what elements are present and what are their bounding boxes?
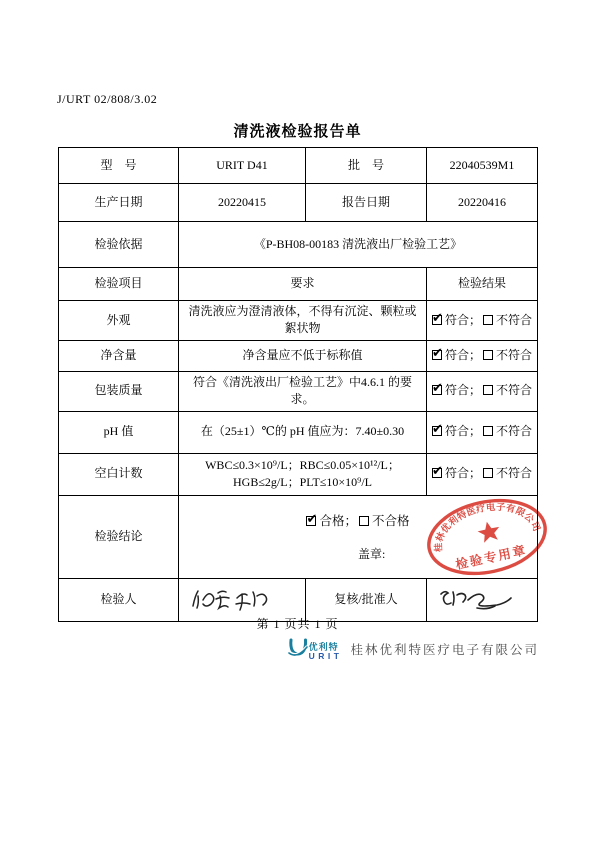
header-requirement-cell: 要求 [179, 268, 427, 301]
model-value-cell: URIT D41 [179, 148, 306, 184]
checkbox-checked-icon [306, 516, 316, 526]
fail-label: 不符合 [496, 348, 532, 362]
item-result-cell: 符合；不符合 [427, 411, 538, 453]
checkbox-empty-icon [483, 385, 493, 395]
urit-logo-icon [288, 638, 308, 660]
checkbox-empty-icon [483, 468, 493, 478]
table-header-row: 检验项目 要求 检验结果 [59, 268, 538, 301]
item-name-cell: pH 值 [59, 411, 179, 453]
result-separator: ； [469, 348, 481, 362]
page-title: 清洗液检验报告单 [0, 120, 595, 141]
item-result-cell: 符合；不符合 [427, 371, 538, 411]
item-name-cell: 外观 [59, 301, 179, 341]
table-row: 型 号 URIT D41 批 号 22040539M1 [59, 148, 538, 184]
reviewer-signature [433, 584, 519, 616]
basis-label-cell: 检验依据 [59, 222, 179, 268]
checkbox-checked-icon [432, 315, 442, 325]
logo-latin-text: URIT [309, 652, 343, 661]
fail-label: 不符合 [496, 466, 532, 480]
table-row: 外观 清洗液应为澄清液体，不得有沉淀、颗粒或絮状物 符合；不符合 [59, 301, 538, 341]
checkbox-empty-icon [483, 426, 493, 436]
batch-value-cell: 22040539M1 [427, 148, 538, 184]
item-result-cell: 符合；不符合 [427, 453, 538, 495]
fail-label: 不符合 [496, 383, 532, 397]
company-name: 桂林优利特医疗电子有限公司 [350, 640, 539, 658]
brand-footer: 优利特 URIT 桂林优利特医疗电子有限公司 [288, 638, 539, 660]
batch-label-cell: 批 号 [306, 148, 427, 184]
checkbox-checked-icon [432, 350, 442, 360]
result-separator: ； [469, 313, 481, 327]
result-separator: ； [469, 466, 481, 480]
result-separator: ； [469, 424, 481, 438]
inspection-report-table: 型 号 URIT D41 批 号 22040539M1 生产日期 2022041… [58, 147, 538, 622]
table-row: 净含量 净含量应不低于标称值 符合；不符合 [59, 340, 538, 371]
conclusion-value-cell: 合格；不合格 盖章: [179, 495, 538, 578]
table-row: 空白计数 WBC≤0.3×10⁹/L；RBC≤0.05×10¹²/L；HGB≤2… [59, 453, 538, 495]
checkbox-empty-icon [483, 315, 493, 325]
table-row: pH 值 在（25±1）℃的 pH 值应为：7.40±0.30 符合；不符合 [59, 411, 538, 453]
item-requirement-cell: 在（25±1）℃的 pH 值应为：7.40±0.30 [179, 411, 427, 453]
item-requirement-cell: 符合《清洗液出厂检验工艺》中4.6.1 的要求。 [179, 371, 427, 411]
pass-label: 符合 [445, 313, 469, 327]
item-requirement-cell: WBC≤0.3×10⁹/L；RBC≤0.05×10¹²/L；HGB≤2g/L；P… [179, 453, 427, 495]
prod-date-value-cell: 20220415 [179, 184, 306, 222]
conclusion-pass-label: 合格 [319, 514, 344, 528]
basis-value-cell: 《P-BH08-00183 清洗液出厂检验工艺》 [179, 222, 538, 268]
header-result-cell: 检验结果 [427, 268, 538, 301]
table-row: 检验依据 《P-BH08-00183 清洗液出厂检验工艺》 [59, 222, 538, 268]
urit-logo: 优利特 URIT [288, 638, 343, 660]
pass-label: 符合 [445, 348, 469, 362]
conclusion-label-cell: 检验结论 [59, 495, 179, 578]
checkbox-checked-icon [432, 385, 442, 395]
pass-label: 符合 [445, 466, 469, 480]
result-separator: ； [469, 383, 481, 397]
item-requirement-cell: 清洗液应为澄清液体，不得有沉淀、颗粒或絮状物 [179, 301, 427, 341]
fail-label: 不符合 [496, 424, 532, 438]
item-name-cell: 空白计数 [59, 453, 179, 495]
item-requirement-cell: 净含量应不低于标称值 [179, 340, 427, 371]
checkbox-empty-icon [483, 350, 493, 360]
item-result-cell: 符合；不符合 [427, 301, 538, 341]
document-code: J/URT 02/808/3.02 [57, 92, 157, 107]
seal-label: 盖章: [358, 546, 533, 563]
conclusion-fail-label: 不合格 [372, 514, 410, 528]
pass-label: 符合 [445, 424, 469, 438]
table-row: 包装质量 符合《清洗液出厂检验工艺》中4.6.1 的要求。 符合；不符合 [59, 371, 538, 411]
report-date-label-cell: 报告日期 [306, 184, 427, 222]
checkbox-checked-icon [432, 426, 442, 436]
table-row: 生产日期 20220415 报告日期 20220416 [59, 184, 538, 222]
page-number: 第 1 页共 1 页 [0, 615, 595, 632]
inspector-signature [187, 584, 287, 616]
item-name-cell: 包装质量 [59, 371, 179, 411]
checkbox-checked-icon [432, 468, 442, 478]
conclusion-separator: ； [344, 514, 357, 528]
report-date-value-cell: 20220416 [427, 184, 538, 222]
fail-label: 不符合 [496, 313, 532, 327]
checkbox-empty-icon [359, 516, 369, 526]
item-result-cell: 符合；不符合 [427, 340, 538, 371]
prod-date-label-cell: 生产日期 [59, 184, 179, 222]
pass-label: 符合 [445, 383, 469, 397]
header-item-cell: 检验项目 [59, 268, 179, 301]
item-name-cell: 净含量 [59, 340, 179, 371]
model-label-cell: 型 号 [59, 148, 179, 184]
conclusion-row: 检验结论 合格；不合格 盖章: [59, 495, 538, 578]
